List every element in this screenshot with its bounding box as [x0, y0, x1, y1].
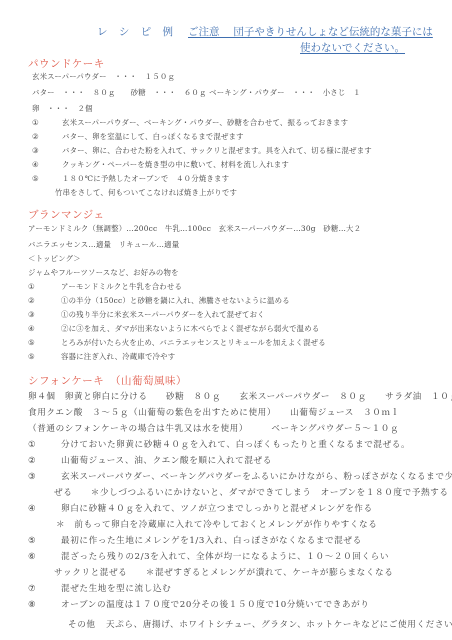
step-number: ⑦ [28, 584, 61, 594]
chiffon-step: ⑦混ぜた生地を型に流し込む [28, 582, 171, 594]
recipe-document: レ シ ピ 例 ご注意 団子やきりせんしょなど伝統的な菓子には 使わないでくださ… [0, 0, 452, 640]
chiffon-step: ②山葡萄ジュース、油、クエン酸を順に入れて混ぜる [28, 454, 272, 466]
chiffon-step-cont: ぜる ＊少しづつふるいにかけないと、ダマができてしまう オーブンを１８０度で予熱… [28, 486, 449, 498]
step-number: ④ [32, 160, 62, 169]
step-number: ① [28, 440, 61, 450]
step-text: ぜる ＊少しづつふるいにかけないと、ダマができてしまう オーブンを１８０度で予熱… [54, 488, 449, 498]
step-number: ③ [28, 310, 61, 319]
step-text: ②に③を加え、ダマが出来ないように木べらでよく混ぜながら弱火で温める [61, 324, 319, 333]
chiffon-step: ①分けておいた卵黄に砂糖４０ｇを入れて、白っぽくもったりと重くなるまで混ぜる。 [28, 438, 410, 450]
blancmange-ingredient: アーモンドミルク（無調整）…200cc 牛乳…100cc 玄米スーパーパウダー…… [28, 223, 361, 234]
blancmange-step: ⑤容器に注ぎ入れ、冷蔵庫で冷やす [28, 351, 175, 362]
step-number: ⑤ [32, 174, 62, 183]
step-number: ③ [32, 146, 62, 155]
step-number: ② [28, 296, 61, 305]
chiffon-ingredient: （普通のシフォンケーキの場合は牛乳又は水を使用） ベーキングパウダー５～１０ｇ [28, 422, 399, 434]
pound-ingredient: バター ・・・ ８０ｇ 砂糖 ・・・ ６０ｇ ベーキング・パウダー ・・・ 小さ… [32, 87, 361, 98]
step-text: 分けておいた卵黄に砂糖４０ｇを入れて、白っぽくもったりと重くなるまで混ぜる。 [61, 440, 410, 450]
blancmange-heading: ブランマンジェ [28, 207, 105, 222]
step-number: ② [28, 456, 61, 466]
page-title: レ シ ピ 例 [97, 24, 177, 39]
step-text: ①の半分（150cc）と砂糖を鍋に入れ、沸騰させないように温める [61, 296, 290, 305]
pound-ingredient: 卵 ・・・ ２個 [32, 103, 93, 114]
blancmange-step: ⑤とろみが付いたら火を止め、バニラエッセンスとリキュールを加えよく混ぜる [28, 337, 326, 348]
chiffon-step: ④卵白に砂糖４０ｇを入れて、ツノが立つまでしっかりと混ぜメレンゲを作る [28, 502, 373, 514]
step-text: 玄米スーパーパウダー、ベーキング・パウダー、砂糖を合わせて、振るっておきます [62, 118, 348, 127]
pound-ingredient: 玄米スーパーパウダー ・・・ １５０ｇ [32, 71, 175, 82]
step-text: バター、卵を室温にして、白っぽくなるまで混ぜます [62, 132, 244, 141]
step-text: 最初に作った生地にメレンゲを1/3入れ、白っぽさがなくなるまで混ぜる [61, 536, 362, 546]
step-text: とろみが付いたら火を止め、バニラエッセンスとリキュールを加えよく混ぜる [61, 338, 326, 347]
step-number: ① [28, 282, 61, 291]
chiffon-step: ③玄米スーパーパウダー、ベーキングパウダーをふるいにかけながら、粉っぽさがなくな… [28, 470, 452, 482]
chiffon-ingredient: 食用クエン酸 ３～５ｇ（山葡萄の紫色を出すために使用） 山葡萄ジュース ３０ｍｌ [28, 406, 400, 418]
chiffon-step: ⑤最初に作った生地にメレンゲを1/3入れ、白っぽさがなくなるまで混ぜる [28, 534, 362, 546]
step-number: ⑤ [28, 338, 61, 347]
chiffon-step: ⑥混ざったら残りの2/3を入れて、全体が均一になるように、１０～２０回くらい [28, 550, 389, 562]
step-text: 玄米スーパーパウダー、ベーキングパウダーをふるいにかけながら、粉っぽさがなくなる… [61, 472, 452, 482]
step-text: 卵白に砂糖４０ｇを入れて、ツノが立つまでしっかりと混ぜメレンゲを作る [61, 504, 373, 514]
step-text: 山葡萄ジュース、油、クエン酸を順に入れて混ぜる [61, 456, 272, 466]
pound-note: 竹串をさして、何もついてこなければ焼き上がりです [55, 187, 237, 198]
notice-line-1: ご注意 団子やきりせんしょなど伝統的な菓子には [188, 24, 433, 39]
pound-step: ②バター、卵を室温にして、白っぽくなるまで混ぜます [32, 131, 244, 142]
step-number: ② [32, 132, 62, 141]
pound-step: ③バター、卵に、合わせた粉を入れて、サックリと混ぜます。具を入れて、切る様に混ぜ… [32, 145, 372, 156]
blancmange-ingredient: バニラエッセンス…適量 リキュール…適量 [28, 239, 179, 250]
other-uses: その他天ぷら、唐揚げ、ホワイトシチュー、グラタン、ホットケーキなどにご使用くださ… [68, 618, 452, 630]
step-text: 混ぜた生地を型に流し込む [61, 584, 171, 594]
step-number: ⑤ [28, 352, 61, 361]
pound-step: ①玄米スーパーパウダー、ベーキング・パウダー、砂糖を合わせて、振るっておきます [32, 117, 348, 128]
step-text: クッキング・ペーパーを焼き型の中に敷いて、材料を流し入れます [62, 160, 289, 169]
chiffon-step-cont: サックリと混ぜる ＊混ぜすぎるとメレンゲが潰れて、ケーキが膨らまなくなる [28, 566, 393, 578]
step-text: オーブンの温度は１７０度で20分その後１５０度で10分焼いてできあがり [61, 600, 370, 610]
step-text: バター、卵に、合わせた粉を入れて、サックリと混ぜます。具を入れて、切る様に混ぜま… [62, 146, 372, 155]
step-text: アーモンドミルクと牛乳を合わせる [61, 282, 182, 291]
step-number: ③ [28, 472, 61, 482]
step-number: ⑧ [28, 600, 61, 610]
blancmange-step: ②①の半分（150cc）と砂糖を鍋に入れ、沸騰させないように温める [28, 295, 290, 306]
pound-cake-heading: パウンドケーキ [28, 56, 105, 71]
step-number: ④ [28, 504, 61, 514]
step-number: ① [32, 118, 62, 127]
step-text: ＊ 前もって卵白を冷蔵庫に入れて冷やしておくとメレンゲが作りやすくなる [56, 520, 377, 530]
chiffon-ingredient: 卵４個 卵黄と卵白に分ける 砂糖 ８０ｇ 玄米スーパーパウダー ８０ｇ サラダ油… [28, 390, 452, 402]
step-text: 混ざったら残りの2/3を入れて、全体が均一になるように、１０～２０回くらい [61, 552, 389, 562]
topping-label: ＜トッピング＞ [28, 253, 81, 264]
blancmange-step: ④②に③を加え、ダマが出来ないように木べらでよく混ぜながら弱火で温める [28, 323, 319, 334]
notice-line-2: 使わないでください。 [300, 40, 405, 55]
pound-step: ⑤１８０℃に予熱したオーブンで ４０分焼きます [32, 173, 229, 184]
step-number: ⑥ [28, 552, 61, 562]
pound-step: ④クッキング・ペーパーを焼き型の中に敷いて、材料を流し入れます [32, 159, 289, 170]
chiffon-step-cont: ＊ 前もって卵白を冷蔵庫に入れて冷やしておくとメレンゲが作りやすくなる [28, 518, 377, 530]
step-text: 容器に注ぎ入れ、冷蔵庫で冷やす [61, 352, 175, 361]
other-uses-label: その他 [68, 618, 106, 630]
topping-text: ジャムやフルーツソースなど、お好みの物を [28, 267, 179, 278]
blancmange-step: ③①の残り半分に米玄米スーパーパウダーを入れて混ぜておく [28, 309, 265, 320]
blancmange-step: ①アーモンドミルクと牛乳を合わせる [28, 281, 182, 292]
step-text: サックリと混ぜる ＊混ぜすぎるとメレンゲが潰れて、ケーキが膨らまなくなる [54, 568, 393, 578]
step-number: ④ [28, 324, 61, 333]
other-uses-text: 天ぷら、唐揚げ、ホワイトシチュー、グラタン、ホットケーキなどにご使用ください。 [106, 620, 452, 630]
step-text: １８０℃に予熱したオーブンで ４０分焼きます [62, 174, 229, 183]
chiffon-step: ⑧オーブンの温度は１７０度で20分その後１５０度で10分焼いてできあがり [28, 598, 370, 610]
step-text: ①の残り半分に米玄米スーパーパウダーを入れて混ぜておく [61, 310, 265, 319]
step-number: ⑤ [28, 536, 61, 546]
chiffon-heading: シフォンケーキ （山葡萄風味） [28, 373, 187, 388]
